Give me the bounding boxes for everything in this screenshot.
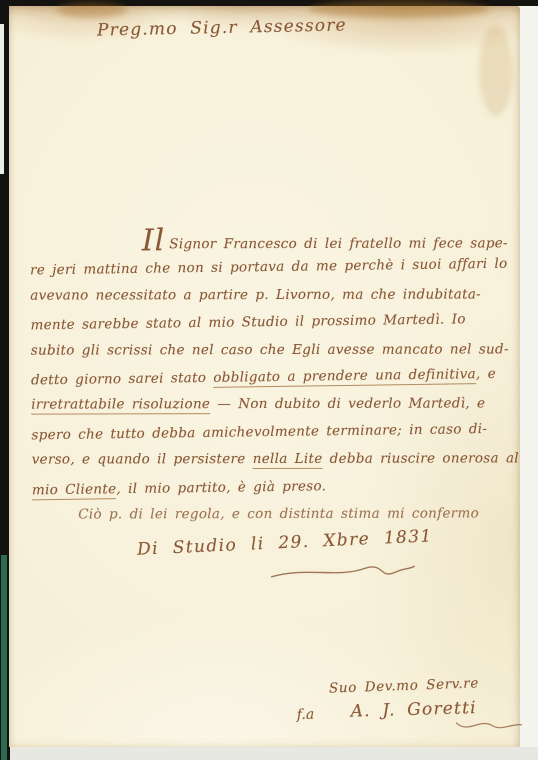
paper-stain xyxy=(479,26,513,116)
underlined-phrase: nella Lite xyxy=(253,451,323,469)
salutation: Preg.mo Sig.r Assessore xyxy=(97,15,347,40)
dateline: Di Studio li 29. Xbre 1831 xyxy=(137,526,433,559)
letter-paper: Preg.mo Sig.r Assessore IlSignor Frances… xyxy=(9,6,520,747)
scan-background-right xyxy=(520,6,538,760)
underlined-phrase: mio Cliente xyxy=(32,481,117,500)
body-line: subito gli scrissi che nel caso che Egli… xyxy=(31,336,513,365)
body-line: re jeri mattina che non si portava da me… xyxy=(30,251,512,285)
signature-prefix: f.a xyxy=(297,707,315,723)
underlined-phrase: obbligato a prendere una definitiva xyxy=(213,366,476,388)
letter-body: IlSignor Francesco di lei fratello mi fe… xyxy=(30,225,515,530)
scan-background-bottom xyxy=(10,747,538,760)
scanned-letter: Preg.mo Sig.r Assessore IlSignor Frances… xyxy=(0,0,538,760)
body-line: mente sarebbe stato al mio Studio il pro… xyxy=(30,306,512,340)
opening-capital: Il xyxy=(142,223,166,258)
body-line: spero che tutto debba amichevolmente ter… xyxy=(31,415,513,449)
valediction: Suo Dev.mo Serv.re xyxy=(329,675,479,696)
scan-edge-sliver xyxy=(0,24,4,174)
paper-stain xyxy=(57,2,127,18)
underlined-phrase: irretrattabile risoluzione xyxy=(31,397,210,415)
body-line: irretrattabile risoluzione — Non dubito … xyxy=(31,391,513,420)
signature-flourish-icon xyxy=(454,715,525,737)
body-line: mio Cliente, il mio partito, è già preso… xyxy=(32,470,514,504)
dateline-flourish-icon xyxy=(266,557,417,589)
body-line: verso, e quando il persistere nella Lite… xyxy=(32,445,514,474)
signature-row: f.a A. J. Goretti xyxy=(9,697,521,751)
body-line: avevano necessitato a partire p. Livorno… xyxy=(30,281,512,310)
scan-green-sliver xyxy=(1,555,7,760)
body-line: Ciò p. di lei regola, e con distinta sti… xyxy=(32,500,514,529)
